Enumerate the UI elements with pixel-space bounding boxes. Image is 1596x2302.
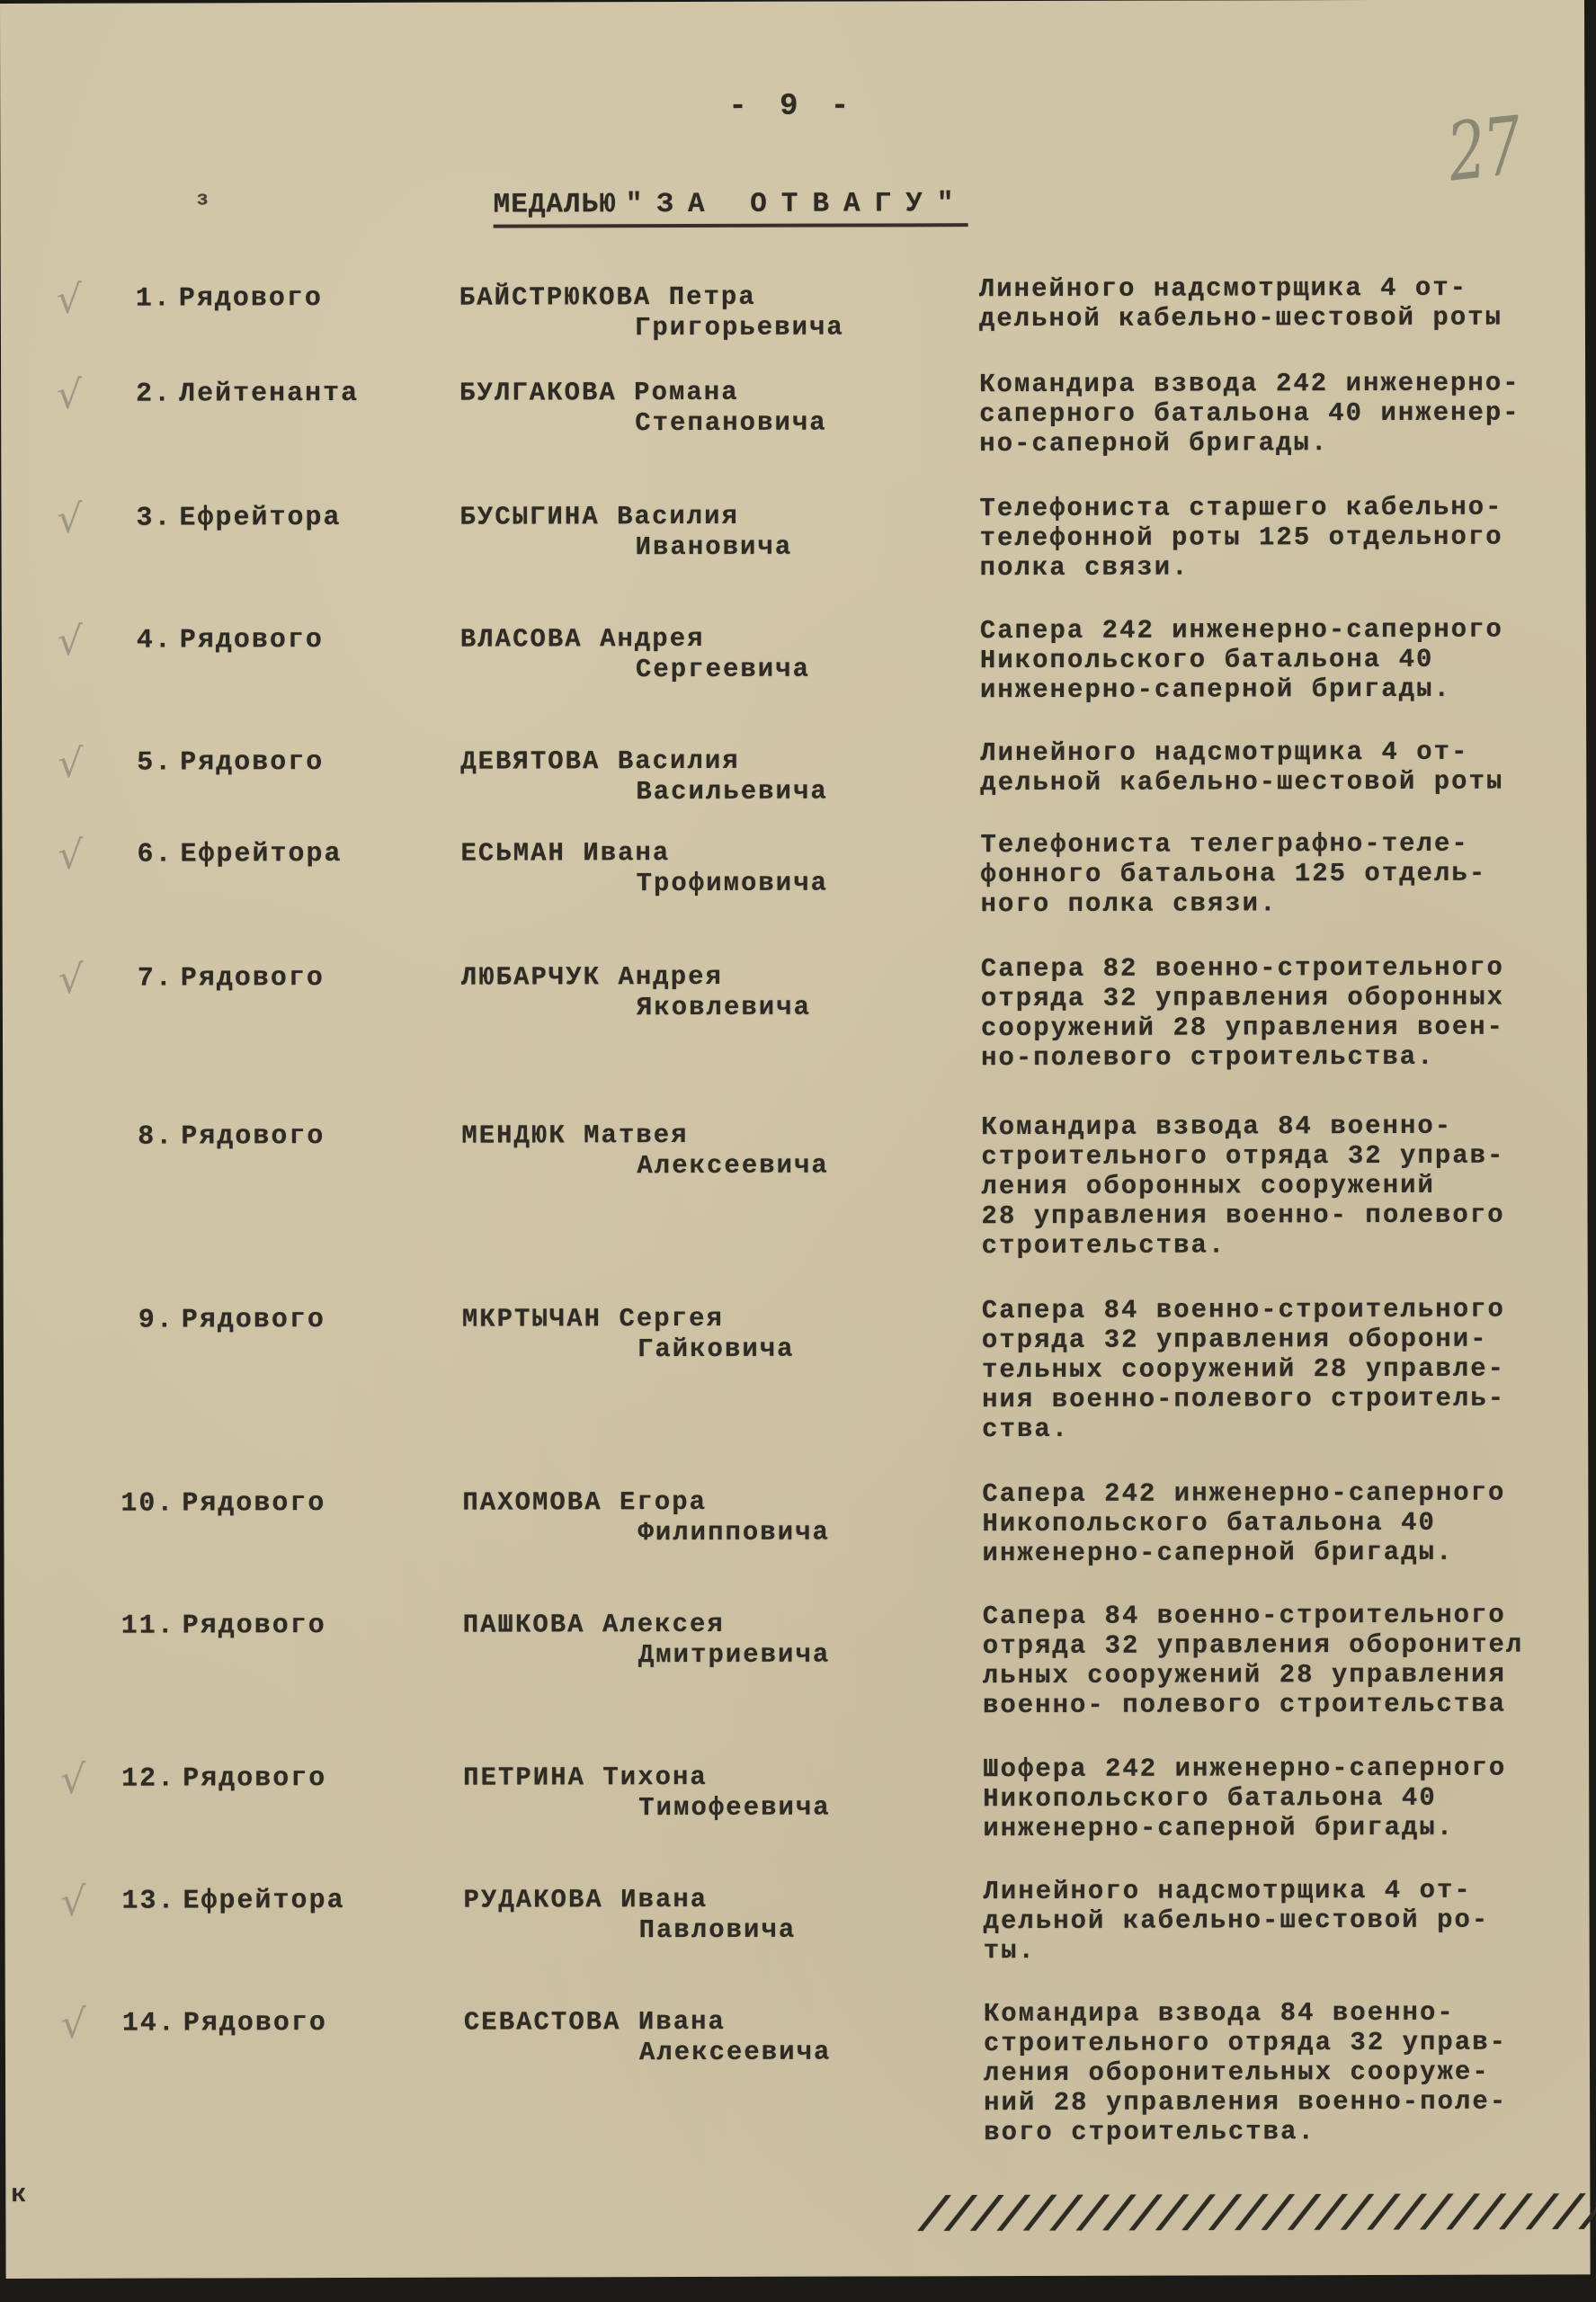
entry-patronymic: Степановича (635, 408, 827, 439)
entry-number: 3. (109, 504, 172, 534)
award-entry: √ 3. Ефрейтора БУСЫГИНА Василия Иванович… (1, 499, 1585, 504)
entry-patronymic: Гайковича (638, 1334, 795, 1364)
position-line: Никопольского батальона 40 (980, 645, 1503, 676)
position-line: строительного отряда 32 управ- (981, 1141, 1504, 1173)
position-line: Командира взвода 84 военно- (981, 1111, 1504, 1143)
award-entry: √ 13. Ефрейтора РУДАКОВА Ивана Павловича… (4, 1882, 1589, 1887)
entry-rank: Рядового (179, 283, 323, 314)
position-line: Линейного надсмотрщика 4 от- (983, 1876, 1489, 1906)
award-entry: √ 14. Рядового СЕВАСТОВА Ивана Алексееви… (5, 2004, 1590, 2009)
position-line: Командира взвода 84 военно- (984, 1998, 1507, 2030)
position-line: Сапера 84 военно-строительного (983, 1601, 1524, 1632)
award-entry: 10. Рядового ПАХОМОВА Егора Филипповича … (4, 1485, 1588, 1489)
entry-surname-name: РУДАКОВА Ивана (463, 1885, 708, 1915)
position-line: телефонной роты 125 отдельного (980, 522, 1503, 554)
position-line: ства. (982, 1414, 1505, 1445)
entry-rank: Рядового (182, 1305, 325, 1335)
entry-rank: Рядового (183, 1763, 326, 1794)
entry-position: Сапера 82 военно-строительного отряда 32… (981, 953, 1504, 1074)
entry-patronymic: Алексеевича (637, 1151, 829, 1182)
entry-surname-name: ПАХОМОВА Егора (462, 1487, 707, 1518)
position-line: ты. (984, 1935, 1490, 1966)
entry-surname-name: ДЕВЯТОВА Василия (460, 746, 740, 777)
position-line: отряда 32 управления оборонных (981, 983, 1504, 1014)
entry-position: Телефониста телеграфно-теле- фонного бат… (980, 829, 1486, 919)
entry-patronymic: Трофимовича (637, 869, 829, 899)
entry-rank: Рядового (180, 747, 324, 778)
position-line: вого строительства. (984, 2117, 1507, 2148)
position-line: Сапера 242 инженерно-саперного (982, 1478, 1505, 1510)
entry-position: Сапера 84 военно-строительного отряда 32… (983, 1601, 1524, 1721)
entry-surname-name: СЕВАСТОВА Ивана (464, 2007, 726, 2038)
check-mark-icon: √ (58, 619, 83, 665)
document-page: - 9 - з МЕДАЛЬЮ"ЗА ОТВАГУ" 27 √ 1. Рядов… (0, 0, 1591, 2279)
entry-surname-name: БУСЫГИНА Василия (459, 502, 739, 532)
entry-position: Командира взвода 84 военно- строительног… (981, 1111, 1505, 1262)
position-line: но-саперной бригады. (979, 428, 1520, 460)
entry-position: Командира взвода 242 инженерно- саперног… (979, 369, 1520, 460)
position-line: Никопольского батальона 40 (983, 1783, 1506, 1815)
entry-position: Линейного надсмотрщика 4 от- дельной каб… (983, 1876, 1489, 1966)
position-line: ного полка связи. (981, 888, 1487, 919)
entry-position: Сапера 242 инженерно-саперного Никопольс… (982, 1478, 1505, 1569)
position-line: строительства. (982, 1230, 1505, 1262)
entry-number: 9. (111, 1305, 174, 1335)
entry-surname-name: ВЛАСОВА Андрея (460, 624, 705, 655)
check-mark-icon: √ (57, 277, 82, 323)
entry-patronymic: Филипповича (638, 1518, 830, 1548)
check-mark-icon: √ (58, 741, 83, 787)
check-mark-icon: √ (57, 372, 82, 418)
entry-patronymic: Тимофеевича (638, 1793, 831, 1824)
position-line: Сапера 82 военно-строительного (981, 953, 1504, 985)
entry-surname-name: ПАШКОВА Алексея (463, 1610, 725, 1640)
entry-rank: Рядового (183, 2008, 327, 2039)
entry-patronymic: Григорьевича (635, 313, 844, 344)
check-mark-icon: √ (58, 957, 84, 1003)
award-entry: √ 12. Рядового ПЕТРИНА Тихона Тимофеевич… (4, 1760, 1589, 1764)
closing-slash-line: /////////////////////////////////// (912, 2189, 1596, 2246)
position-line: тельных сооружений 28 управле- (982, 1354, 1505, 1386)
position-line: Сапера 242 инженерно-саперного (980, 615, 1503, 647)
position-line: ния военно-полевого строитель- (982, 1384, 1505, 1415)
position-line: дельной кабельно-шестовой роты (980, 767, 1503, 799)
entry-position: Командира взвода 84 военно- строительног… (984, 1998, 1508, 2148)
entry-patronymic: Васильевича (636, 777, 828, 807)
award-entry: √ 4. Рядового ВЛАСОВА Андрея Сергеевича … (2, 621, 1586, 626)
entry-position: Линейного надсмотрщика 4 от- дельной каб… (979, 273, 1502, 335)
position-line: Телефониста старшего кабельно- (979, 493, 1502, 524)
position-line: военно- полевого строительства (983, 1690, 1524, 1721)
entry-number: 4. (110, 626, 173, 656)
award-title-medal: "ЗА ОТВАГУ" (626, 188, 968, 220)
position-line: инженерно-саперной бригады. (983, 1813, 1506, 1844)
award-title-prefix: МЕДАЛЬЮ (494, 189, 617, 220)
position-line: но-полевого строительства. (981, 1042, 1504, 1074)
position-line: льных сооружений 28 управления (983, 1660, 1524, 1691)
position-line: Командира взвода 242 инженерно- (979, 369, 1520, 400)
award-entry: 8. Рядового МЕНДЮК Матвея Алексеевича Ко… (3, 1118, 1587, 1122)
position-line: дельной кабельно-шестовой роты (979, 303, 1502, 335)
margin-mark: к (11, 2182, 28, 2209)
position-line: строительного отряда 32 управ- (984, 2028, 1507, 2059)
entry-patronymic: Сергеевича (636, 655, 810, 685)
entry-position: Сапера 242 инженерно-саперного Никопольс… (980, 615, 1503, 706)
position-line: Никопольского батальона 40 (982, 1508, 1505, 1539)
entry-rank: Рядового (182, 1488, 325, 1519)
award-entry: 11. Рядового ПАШКОВА Алексея Дмитриевича… (4, 1607, 1589, 1611)
entry-patronymic: Дмитриевича (638, 1640, 831, 1671)
position-line: отряда 32 управления оборонител (983, 1630, 1524, 1662)
entry-number: 7. (111, 963, 174, 994)
award-entry: √ 2. Лейтенанта БУЛГАКОВА Романа Степано… (1, 375, 1585, 379)
award-entry: 9. Рядового МКРТЫЧАН Сергея Гайковича Са… (4, 1301, 1588, 1306)
entry-rank: Рядового (181, 963, 325, 994)
entry-position: Телефониста старшего кабельно- телефонно… (979, 493, 1502, 584)
position-line: Сапера 84 военно-строительного (982, 1295, 1505, 1326)
entry-number: 2. (109, 379, 172, 410)
award-entry: √ 6. Ефрейтора ЕСЬМАН Ивана Трофимовича … (2, 835, 1586, 840)
entry-number: 8. (111, 1121, 174, 1152)
position-line: Шофера 242 инженерно-саперного (983, 1753, 1506, 1785)
entry-patronymic: Алексеевича (639, 2038, 832, 2068)
position-line: инженерно-саперной бригады. (982, 1538, 1505, 1569)
position-line: ления оборонных сооружений (981, 1171, 1504, 1202)
entry-number: 1. (109, 284, 172, 315)
entry-patronymic: Ивановича (636, 532, 793, 562)
entry-number: 11. (103, 1611, 175, 1641)
entry-position: Сапера 84 военно-строительного отряда 32… (982, 1295, 1506, 1445)
award-entry: √ 1. Рядового БАЙСТРЮКОВА Петра Григорье… (1, 280, 1585, 284)
entry-number: 14. (104, 2008, 176, 2039)
entry-number: 5. (110, 747, 173, 778)
position-line: Линейного надсмотрщика 4 от- (979, 273, 1502, 305)
handwritten-archive-number: 27 (1443, 99, 1525, 200)
entry-position: Шофера 242 инженерно-саперного Никопольс… (983, 1753, 1506, 1844)
entry-rank: Рядового (183, 1611, 326, 1641)
entry-rank: Рядового (180, 625, 324, 656)
position-line: дельной кабельно-шестовой ро- (984, 1905, 1490, 1936)
entry-surname-name: МКРТЫЧАН Сергея (462, 1304, 724, 1334)
position-line: фонного батальона 125 отдель- (980, 859, 1486, 889)
position-line: сооружений 28 управления воен- (981, 1013, 1504, 1044)
page-number: - 9 - (728, 90, 856, 124)
position-line: Телефониста телеграфно-теле- (980, 829, 1486, 860)
award-entry: √ 5. Рядового ДЕВЯТОВА Василия Васильеви… (2, 744, 1586, 748)
entry-surname-name: ЛЮБАРЧУК Андрея (461, 962, 723, 993)
entry-rank: Ефрейтора (179, 503, 341, 533)
margin-side-mark: з (197, 188, 210, 210)
entry-number: 12. (103, 1763, 175, 1794)
entry-surname-name: МЕНДЮК Матвея (461, 1120, 688, 1151)
position-line: инженерно-саперной бригады. (980, 674, 1503, 706)
position-line: ний 28 управления военно-поле- (984, 2087, 1507, 2119)
position-line: полка связи. (980, 552, 1503, 584)
check-mark-icon: √ (57, 496, 82, 542)
check-mark-icon: √ (60, 1879, 85, 1925)
entry-number: 6. (110, 839, 173, 870)
award-entry: √ 7. Рядового ЛЮБАРЧУК Андрея Яковлевича… (3, 959, 1587, 964)
position-line: отряда 32 управления оборони- (982, 1325, 1505, 1356)
check-mark-icon: √ (61, 2002, 86, 2048)
entry-patronymic: Яковлевича (637, 993, 811, 1023)
entry-rank: Лейтенанта (179, 379, 359, 410)
entry-rank: Ефрейтора (183, 1886, 344, 1916)
position-line: Линейного надсмотрщика 4 от- (980, 737, 1503, 769)
entry-surname-name: БАЙСТРЮКОВА Петра (459, 282, 756, 313)
entry-rank: Рядового (181, 1121, 325, 1152)
check-mark-icon: √ (60, 1757, 85, 1803)
entry-rank: Ефрейтора (180, 839, 342, 870)
check-mark-icon: √ (58, 833, 83, 879)
position-line: ления оборонительных сооруже- (984, 2057, 1507, 2089)
entry-surname-name: ПЕТРИНА Тихона (463, 1762, 708, 1793)
entry-surname-name: БУЛГАКОВА Романа (459, 378, 739, 408)
entry-surname-name: ЕСЬМАН Ивана (460, 838, 670, 869)
position-line: 28 управления военно- полевого (981, 1200, 1504, 1232)
position-line: саперного батальона 40 инженер- (979, 398, 1520, 430)
entry-patronymic: Павловича (639, 1915, 797, 1945)
entry-number: 10. (103, 1488, 174, 1519)
award-title: МЕДАЛЬЮ"ЗА ОТВАГУ" (494, 188, 968, 228)
entry-position: Линейного надсмотрщика 4 от- дельной каб… (980, 737, 1503, 799)
entry-number: 13. (103, 1886, 175, 1916)
